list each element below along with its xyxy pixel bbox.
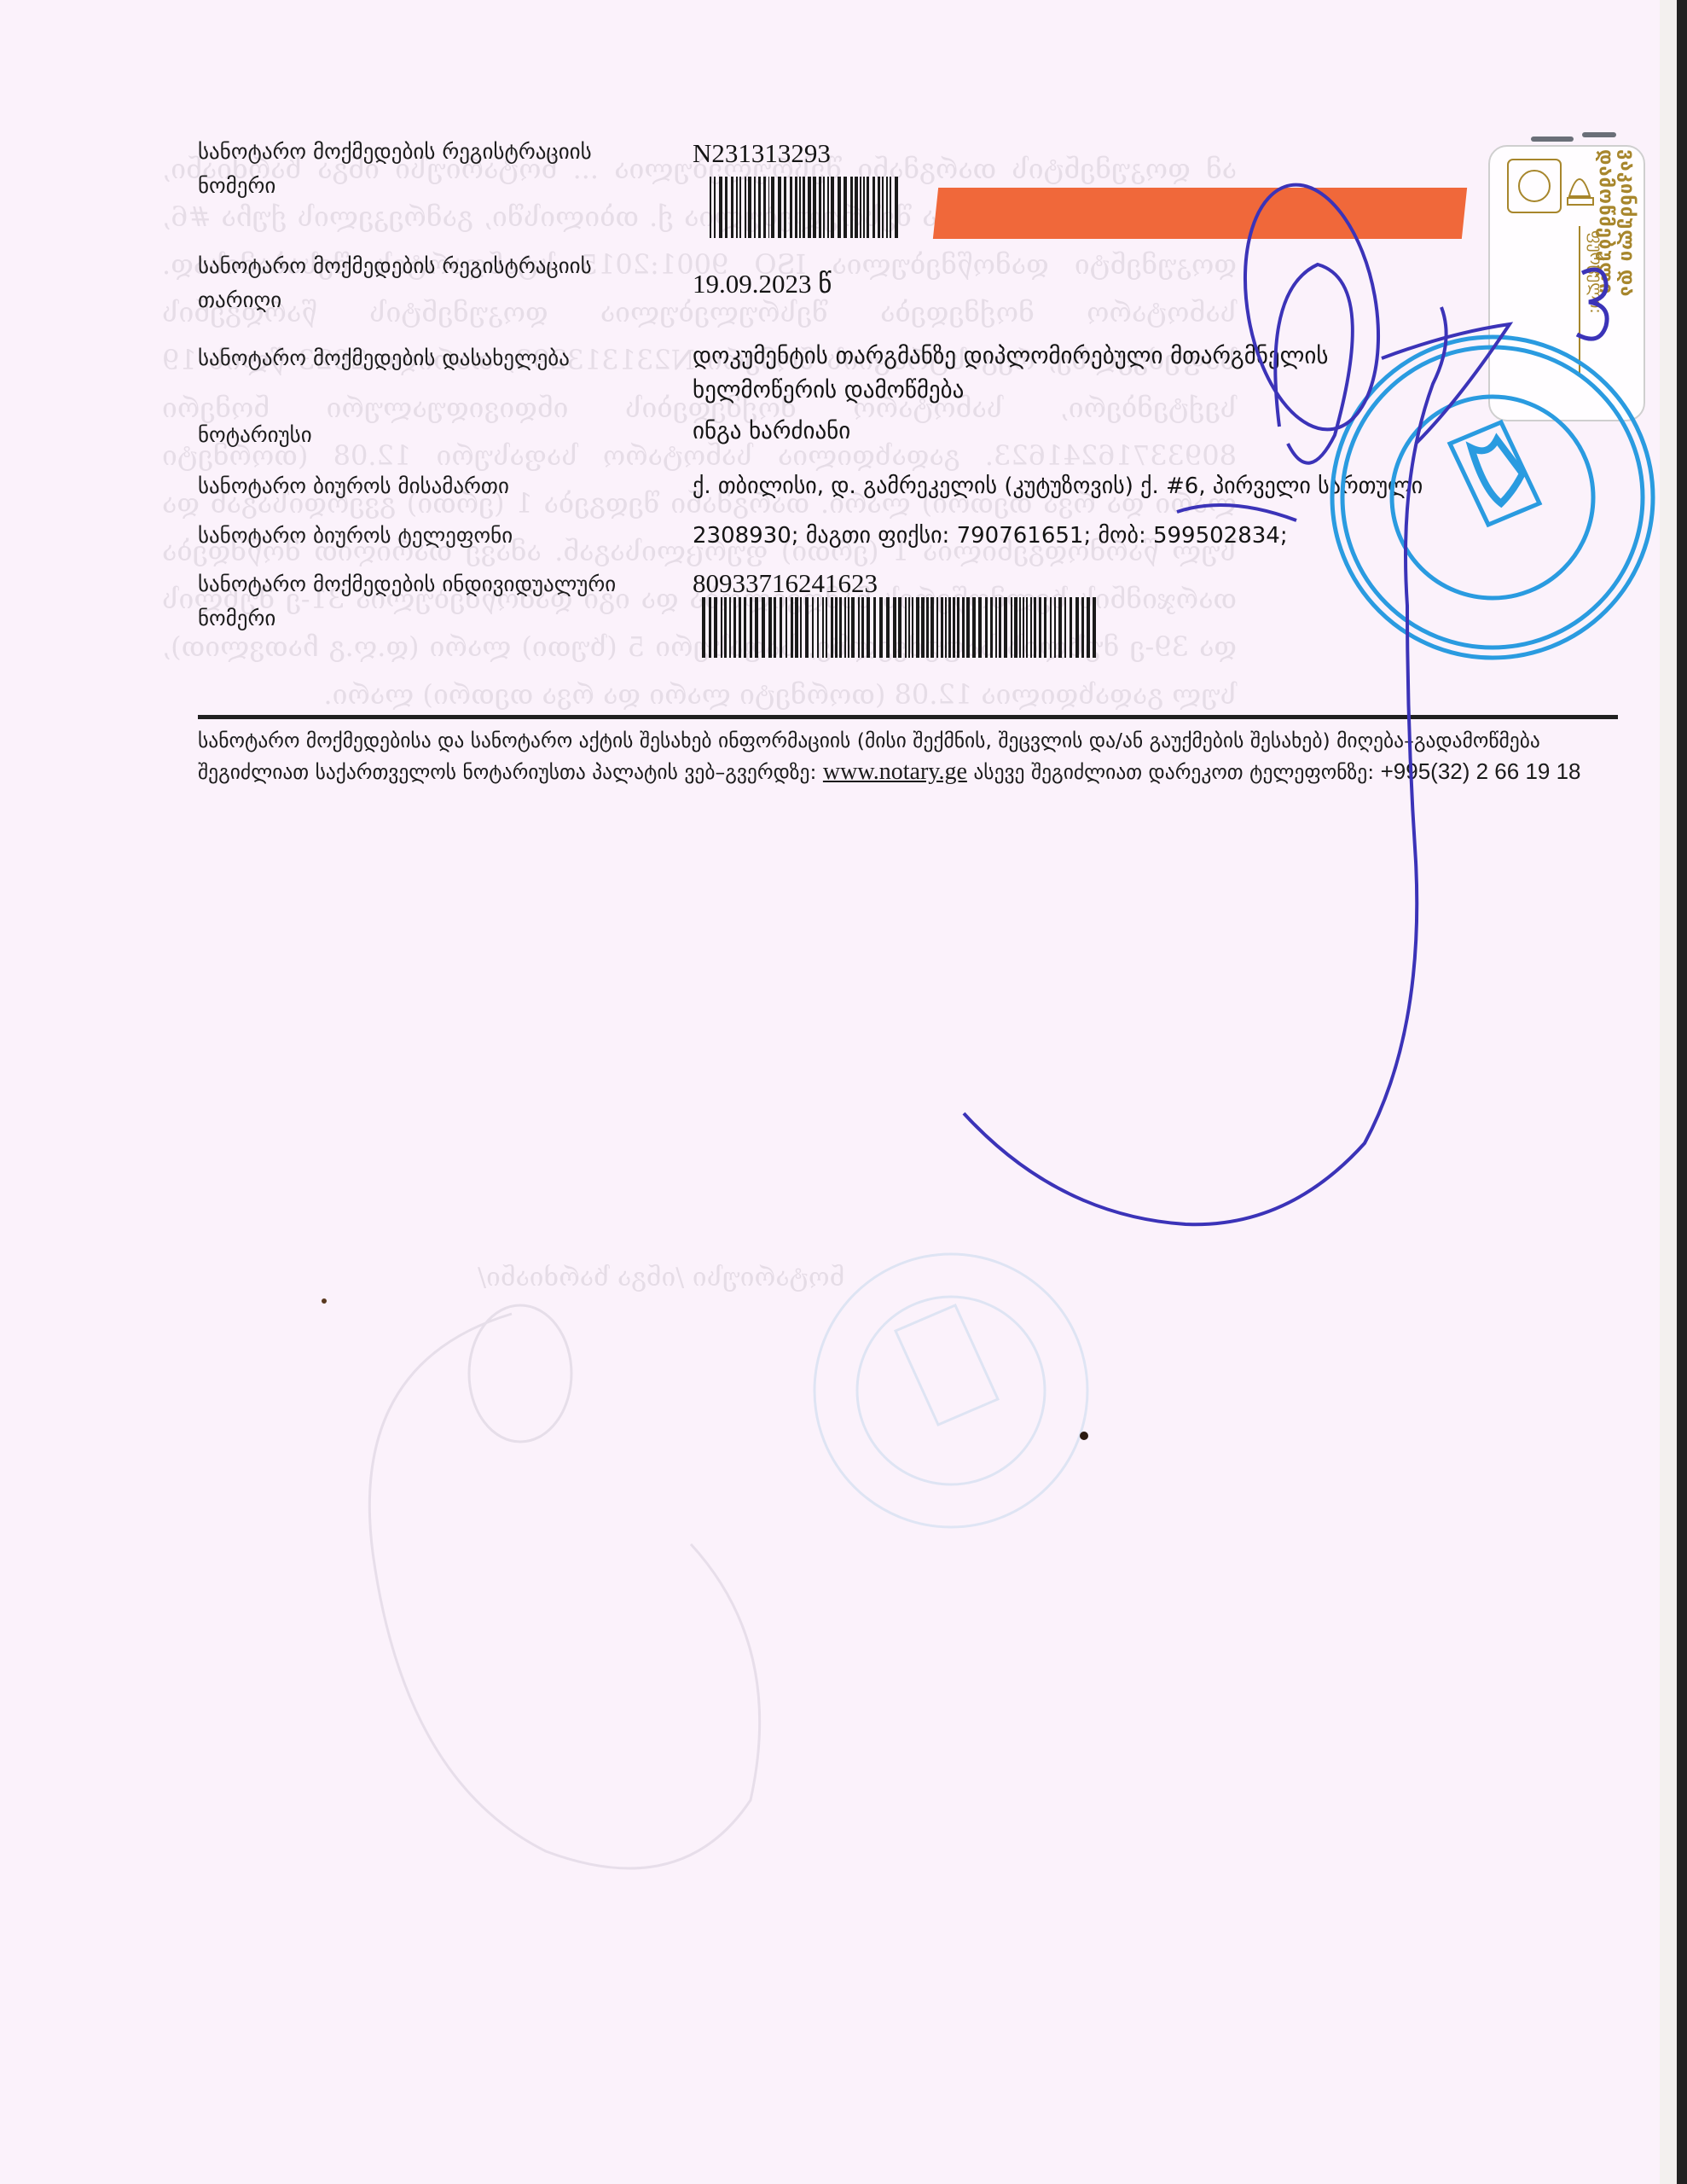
scanner-border <box>1677 0 1687 2184</box>
footer-info: სანოტარო მოქმედებისა და სანოტარო აქტის შ… <box>198 725 1614 787</box>
individual-number-barcode <box>702 597 1100 658</box>
footer-text-2: ასევე შეგიძლიათ დარეკოთ ტელეფონზე: <box>973 760 1374 784</box>
divider-rule <box>198 715 1618 719</box>
bleed-through-signature-line: ნოტარიუსი /ინგა ხარძიანი/ <box>478 1263 844 1292</box>
sticker-sheets-label: ფურცელი: <box>1574 230 1605 418</box>
sticker-caption: ვაკინძული და დამოწმებული <box>1603 149 1638 414</box>
label-notary: ნოტარიუსი <box>198 418 675 452</box>
notary-website-link[interactable]: www.notary.ge <box>823 758 967 785</box>
page-edge <box>1660 0 1677 2184</box>
individual-number: 80933716241623 <box>693 566 878 601</box>
label-registration-date: სანოტარო მოქმედების რეგისტრაციის თარიღი <box>198 249 675 317</box>
label-individual-number: სანოტარო მოქმედების ინდივიდუალური ნომერი <box>198 567 675 636</box>
staple <box>1582 132 1616 137</box>
label-registration-number: სანოტარო მოქმედების რეგისტრაციის ნომერი <box>198 135 675 203</box>
notary-name: ინგა ხარძიანი <box>693 415 850 449</box>
hotline-phone: +995(32) 2 66 19 18 <box>1381 758 1581 784</box>
registration-date: 19.09.2023 წ <box>693 267 832 301</box>
binding-ribbon <box>933 188 1467 239</box>
registration-barcode <box>710 177 901 238</box>
office-address: ქ. თბილისი, დ. გამრეკელის (კუტუზოვის) ქ.… <box>693 469 1423 503</box>
label-office-address: სანოტარო ბიუროს მისამართი <box>198 469 675 503</box>
staple <box>1531 136 1574 142</box>
registration-number: N231313293 <box>693 136 831 171</box>
action-name: დოკუმენტის თარგმანზე დიპლომირებული მთარგ… <box>693 340 1417 408</box>
label-action-name: სანოტარო მოქმედების დასახელება <box>198 341 675 375</box>
label-office-phone: სანოტარო ბიუროს ტელეფონი <box>198 519 675 553</box>
office-phone: 2308930; მაგთი ფიქსი: 790761651; მობ: 59… <box>693 519 1288 553</box>
